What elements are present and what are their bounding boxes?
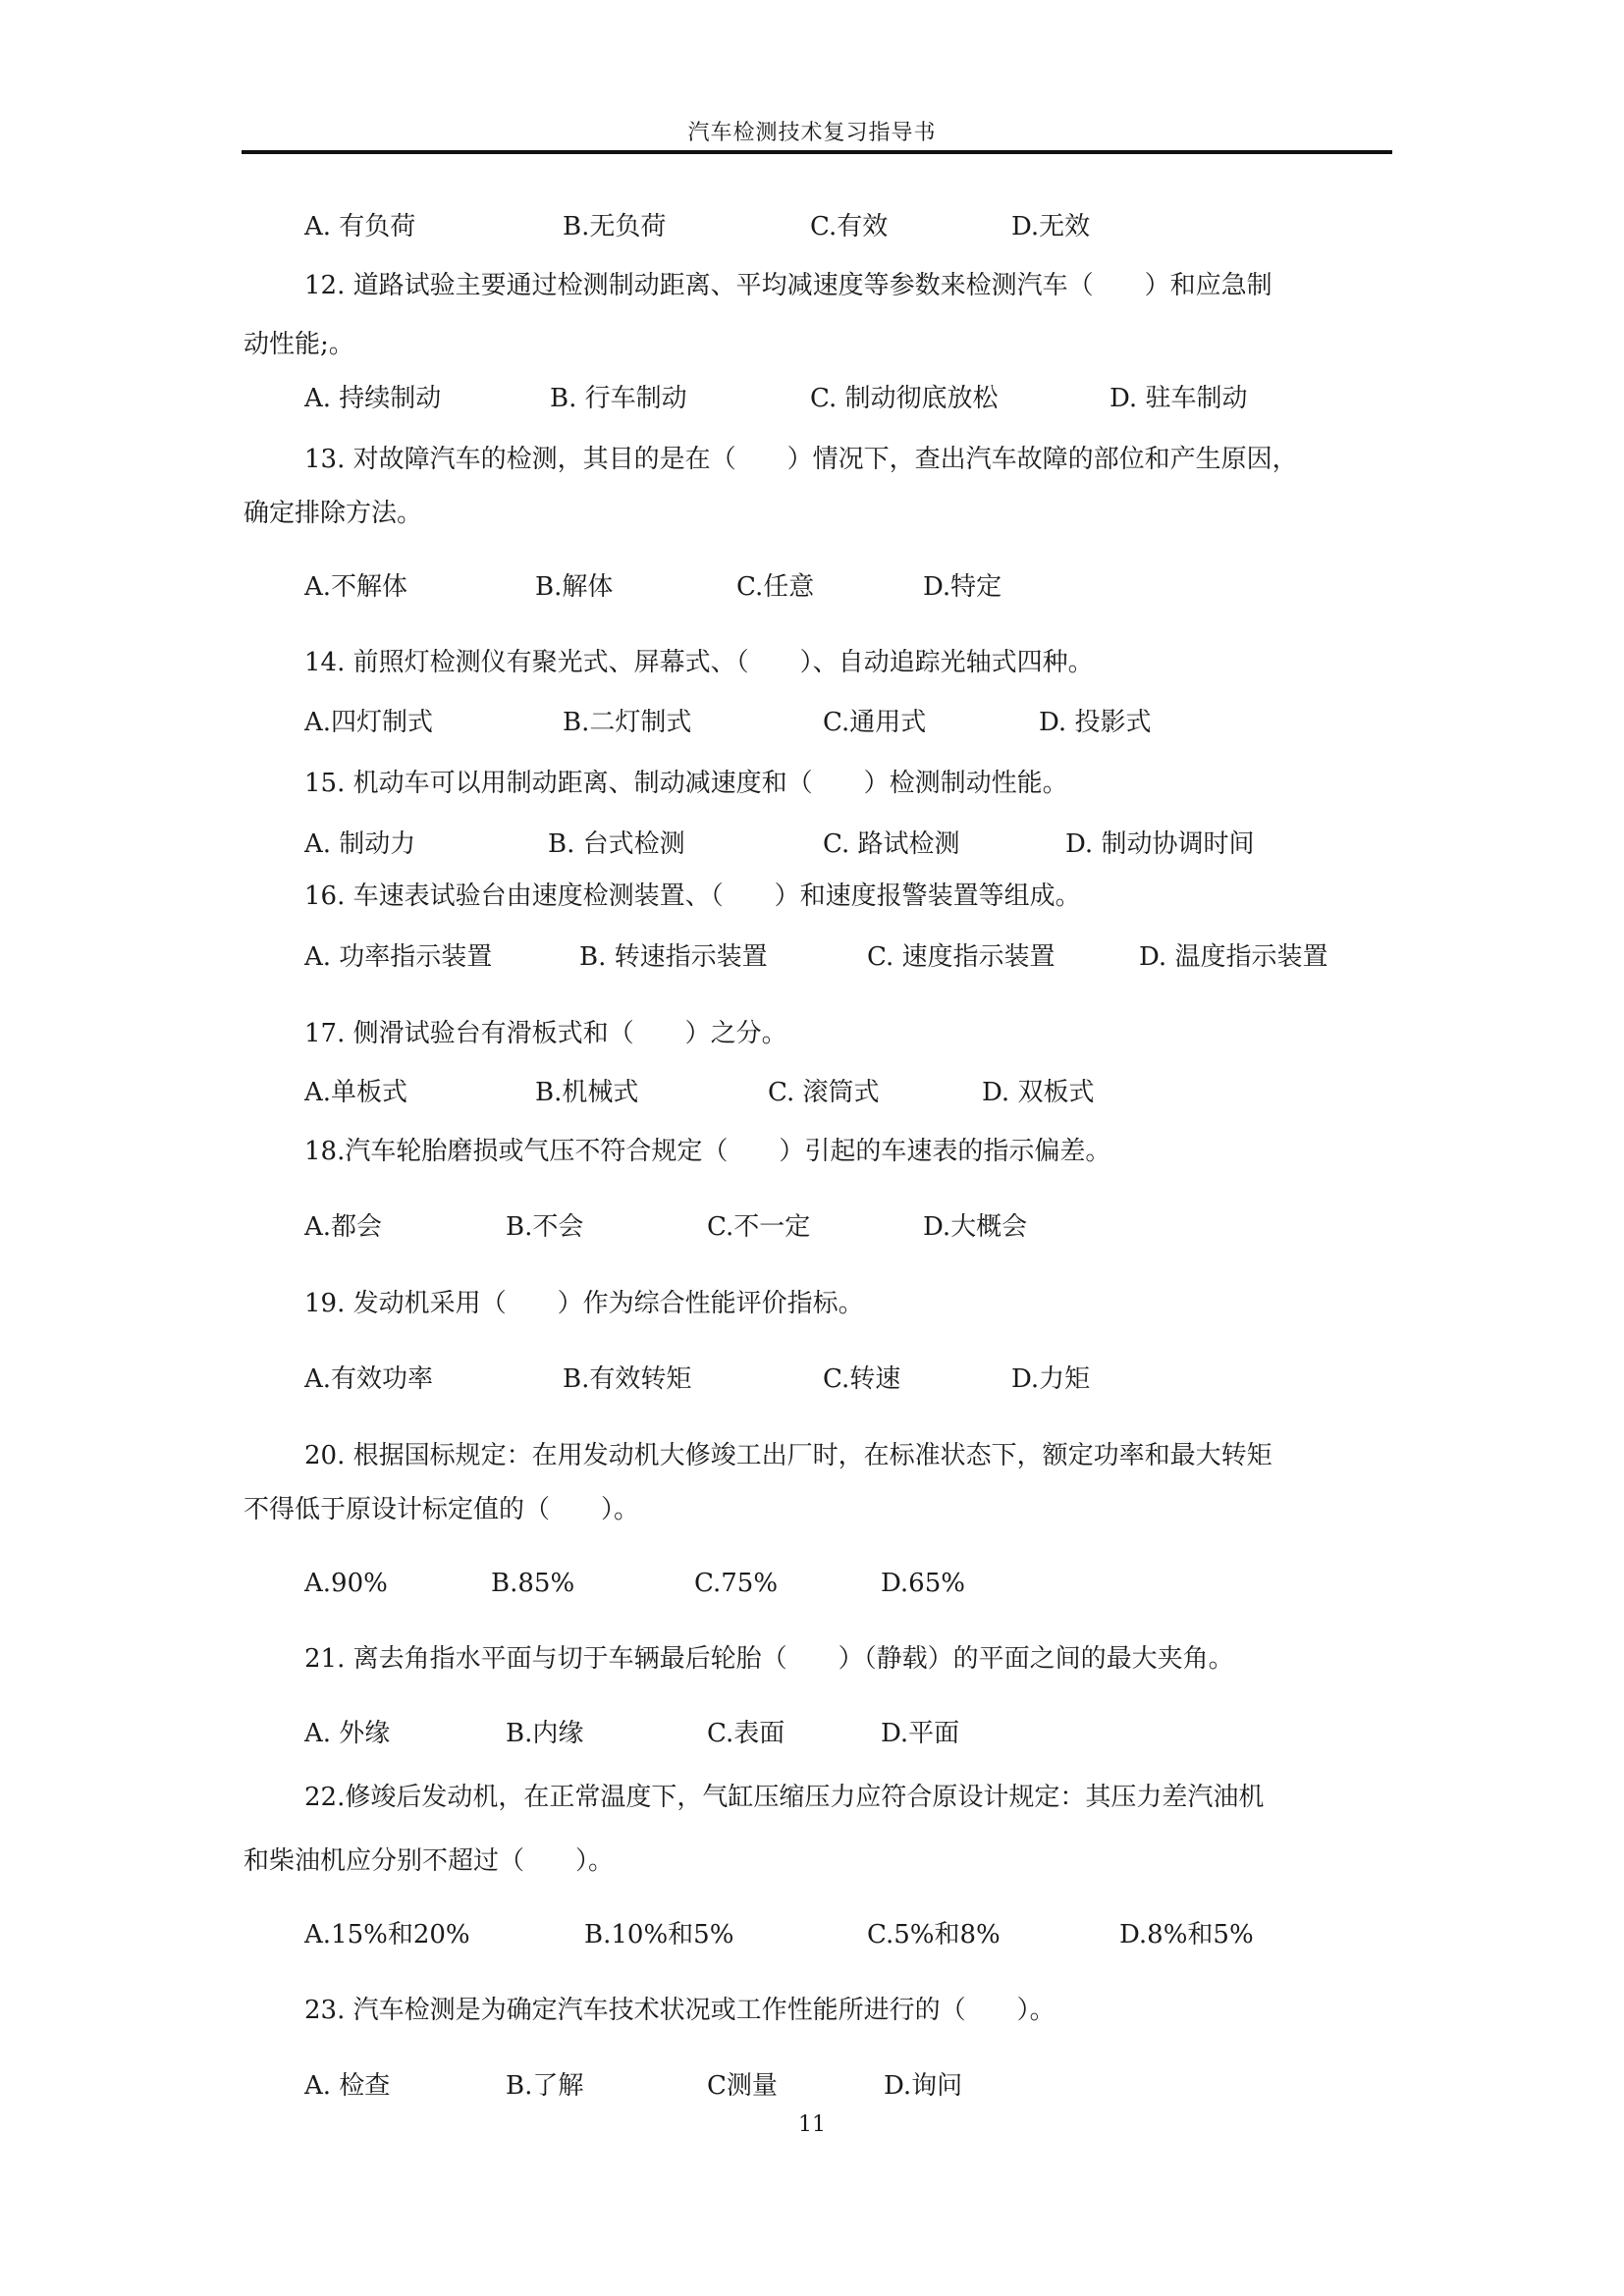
option-a: A.不解体 (304, 574, 407, 600)
option-c: C.表面 (707, 1721, 785, 1746)
option-a: A. 持续制动 (304, 386, 441, 411)
question-text: 22.修竣后发动机，在正常温度下，气缸压缩压力应符合原设计规定：其压力差汽油机 (304, 1785, 1264, 1810)
option-c: C. 路试检测 (823, 831, 960, 857)
option-c: C.转速 (823, 1366, 900, 1392)
option-c: C.75% (694, 1571, 778, 1596)
option-a: A.都会 (304, 1214, 382, 1240)
option-a: A. 制动力 (304, 831, 415, 857)
option-d: D.无效 (1011, 214, 1090, 240)
option-b: B. 台式检测 (548, 831, 685, 857)
option-a: A.单板式 (304, 1080, 407, 1105)
option-b: B.不会 (506, 1214, 583, 1240)
option-d: D. 驻车制动 (1110, 386, 1247, 411)
option-d: D.大概会 (923, 1214, 1027, 1240)
option-d: D. 制动协调时间 (1065, 831, 1254, 857)
option-b: B.内缘 (506, 1721, 583, 1746)
question-text: 21. 离去角指水平面与切于车辆最后轮胎（ ）（静载）的平面之间的最大夹角。 (304, 1646, 1234, 1672)
option-c: C. 速度指示装置 (867, 944, 1056, 970)
option-b: B.二灯制式 (563, 710, 691, 735)
option-c: C测量 (707, 2073, 778, 2099)
option-b: B.10%和5% (584, 1922, 733, 1948)
option-b: B.无负荷 (563, 214, 666, 240)
option-b: B.85% (491, 1571, 574, 1596)
question-text: 12. 道路试验主要通过检测制动距离、平均减速度等参数来检测汽车（ ）和应急制 (304, 273, 1272, 298)
question-text: 15. 机动车可以用制动距离、制动减速度和（ ）检测制动性能。 (304, 771, 1068, 796)
question-text: 13. 对故障汽车的检测，其目的是在（ ）情况下，查出汽车故障的部位和产生原因， (304, 447, 1298, 472)
option-c: C. 制动彻底放松 (810, 386, 999, 411)
question-text-cont: 和柴油机应分别不超过（ ）。 (244, 1848, 614, 1874)
option-b: B.机械式 (535, 1080, 638, 1105)
option-d: D.8%和5% (1119, 1922, 1254, 1948)
option-d: D.力矩 (1011, 1366, 1090, 1392)
option-b: B.解体 (535, 574, 613, 600)
option-d: D. 投影式 (1039, 710, 1151, 735)
option-b: B.了解 (506, 2073, 583, 2099)
option-b: B. 行车制动 (550, 386, 687, 411)
option-a: A.有效功率 (304, 1366, 433, 1392)
option-d: D. 温度指示装置 (1139, 944, 1327, 970)
option-c: C.不一定 (707, 1214, 810, 1240)
question-text: 23. 汽车检测是为确定汽车技术状况或工作性能所进行的（ ）。 (304, 1998, 1056, 2023)
option-a: A. 有负荷 (304, 214, 415, 240)
question-text: 20. 根据国标规定：在用发动机大修竣工出厂时，在标准状态下，额定功率和最大转矩 (304, 1443, 1272, 1468)
option-d: D.询问 (884, 2073, 962, 2099)
header-rule (242, 150, 1392, 154)
option-c: C.5%和8% (867, 1922, 1001, 1948)
option-a: A.四灯制式 (304, 710, 433, 735)
option-a: A. 检查 (304, 2073, 390, 2099)
question-text: 14. 前照灯检测仪有聚光式、屏幕式、（ ）、自动追踪光轴式四种。 (304, 650, 1094, 675)
option-d: D.特定 (923, 574, 1001, 600)
page-header-title: 汽车检测技术复习指导书 (0, 116, 1624, 146)
option-a: A. 外缘 (304, 1721, 390, 1746)
question-text: 19. 发动机采用（ ）作为综合性能评价指标。 (304, 1291, 864, 1316)
question-text-cont: 不得低于原设计标定值的（ ）。 (244, 1497, 639, 1522)
option-c: C.有效 (810, 214, 888, 240)
option-d: D.平面 (881, 1721, 959, 1746)
option-c: C.通用式 (823, 710, 926, 735)
option-c: C. 滚筒式 (768, 1080, 880, 1105)
question-text-cont: 确定排除方法。 (244, 501, 422, 526)
option-a: A.90% (304, 1571, 388, 1596)
option-d: D. 双板式 (982, 1080, 1094, 1105)
option-a: A. 功率指示装置 (304, 944, 492, 970)
option-b: B. 转速指示装置 (579, 944, 768, 970)
question-text-cont: 动性能;。 (244, 332, 354, 357)
question-text: 18.汽车轮胎磨损或气压不符合规定（ ）引起的车速表的指示偏差。 (304, 1139, 1110, 1164)
option-c: C.任意 (736, 574, 814, 600)
question-text: 17. 侧滑试验台有滑板式和（ ）之分。 (304, 1021, 787, 1046)
page-number: 11 (0, 2112, 1624, 2137)
option-d: D.65% (881, 1571, 965, 1596)
question-text: 16. 车速表试验台由速度检测装置、（ ）和速度报警装置等组成。 (304, 883, 1081, 909)
option-a: A.15%和20% (304, 1922, 470, 1948)
option-b: B.有效转矩 (563, 1366, 691, 1392)
